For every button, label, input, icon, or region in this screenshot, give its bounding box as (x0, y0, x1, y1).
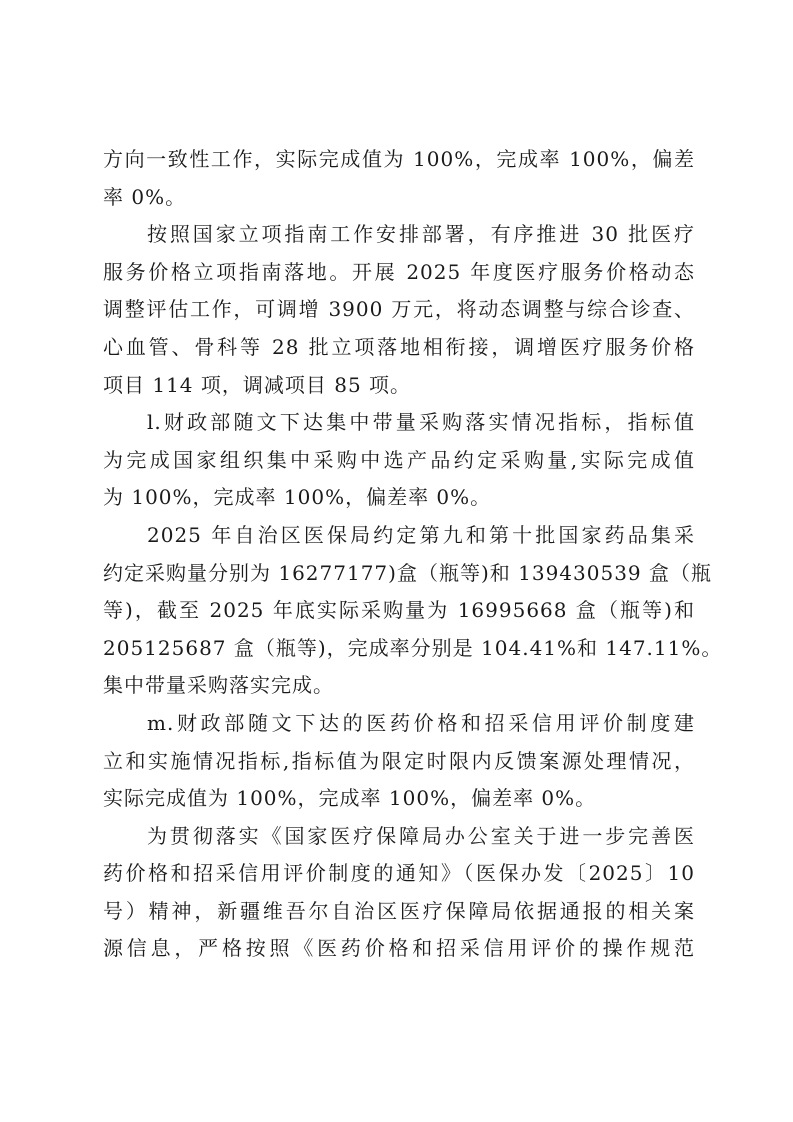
text-line: 等)，截至 2025 年底实际采购量为 16995668 盒（瓶等)和 (103, 592, 695, 630)
paragraph-start-line: l.财政部随文下达集中带量采购落实情况指标，指标值 (103, 404, 695, 442)
text-line: 约定采购量分别为 16277177)盒（瓶等)和 139430539 盒（瓶 (103, 555, 695, 593)
paragraph-start-line: m.财政部随文下达的医药价格和招采信用评价制度建 (103, 705, 695, 743)
text-line: 心血管、骨科等 28 批立项落地相衔接，调增医疗服务价格 (103, 329, 695, 367)
text-line: 方向一致性工作，实际完成值为 100%，完成率 100%，偏差 (103, 141, 695, 179)
text-line: 立和实施情况指标,指标值为限定时限内反馈案源处理情况， (103, 743, 695, 781)
paragraph-start-line: 2025 年自治区医保局约定第九和第十批国家药品集采 (103, 517, 695, 555)
text-line: 号）精神，新疆维吾尔自治区医疗保障局依据通报的相关案 (103, 893, 695, 931)
text-line: 集中带量采购落实完成。 (103, 667, 695, 705)
text-line: 项目 114 项，调减项目 85 项。 (103, 367, 695, 405)
text-line: 率 0%。 (103, 179, 695, 217)
text-line: 205125687 盒（瓶等)，完成率分别是 104.41%和 147.11%。 (103, 630, 695, 668)
text-line: 药价格和招采信用评价制度的通知》（医保办发〔2025〕10 (103, 855, 695, 893)
text-line: 服务价格立项指南落地。开展 2025 年度医疗服务价格动态 (103, 254, 695, 292)
document-page: 方向一致性工作，实际完成值为 100%，完成率 100%，偏差 率 0%。 按照… (103, 141, 695, 968)
text-line: 调整评估工作，可调增 3900 万元，将动态调整与综合诊查、 (103, 291, 695, 329)
text-line: 实际完成值为 100%，完成率 100%，偏差率 0%。 (103, 780, 695, 818)
text-line: 源信息，严格按照《医药价格和招采信用评价的操作规范 (103, 930, 695, 968)
text-line: 为 100%，完成率 100%，偏差率 0%。 (103, 479, 695, 517)
paragraph-start-line: 按照国家立项指南工作安排部署，有序推进 30 批医疗 (103, 216, 695, 254)
text-line: 为完成国家组织集中采购中选产品约定采购量,实际完成值 (103, 442, 695, 480)
paragraph-start-line: 为贯彻落实《国家医疗保障局办公室关于进一步完善医 (103, 818, 695, 856)
